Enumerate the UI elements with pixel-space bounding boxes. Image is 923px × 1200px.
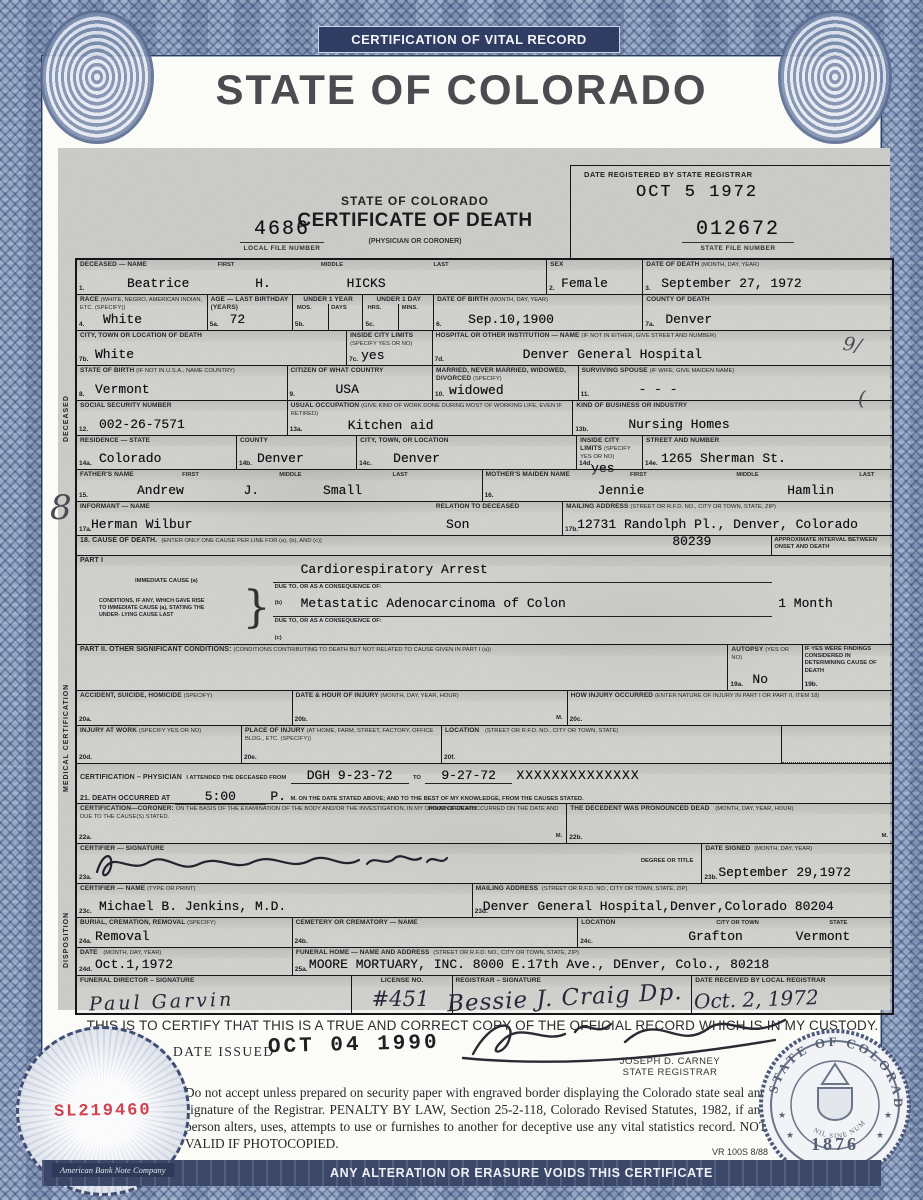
field-value: Herman Wilbur [77,517,392,535]
item-number: 17a. [79,526,92,533]
brace-glyph: } [243,582,271,633]
field-under-one-day: UNDER 1 DAY HRS. MINS. 5c. [363,295,434,330]
field-certifier-signature: CERTIFIER — SIGNATURE 23a. DEGREE OR TIT… [77,844,702,883]
field-label: ACCIDENT, SUICIDE, HOMICIDE (SPECIFY) [77,691,292,700]
sub-label-last: LAST [393,472,408,478]
date-issued-stamp: OCT 04 1990 [268,1032,440,1059]
location-state-value: Vermont [796,929,851,944]
item-number: 11. [581,391,590,398]
field-ssn: SOCIAL SECURITY NUMBER 12. 002-26-7571 [77,401,288,435]
item-number: 4. [79,321,84,328]
field-value: Female [547,276,642,294]
field-label: UNDER 1 YEAR [293,295,363,304]
item-number: 2. [549,285,554,292]
field-value: widowed [433,383,578,401]
death-certificate-form: DECEASED — NAME FIRST MIDDLE LAST 1. Bea… [75,258,894,1015]
item-number: 25a. [295,966,308,973]
state-registrar-signature-scribble [455,1010,805,1068]
death-occurred-line: 21. DEATH OCCURRED AT 5:00 P. M. ON THE … [77,784,892,805]
field-informant-name: INFORMANT — NAME 17a. Herman Wilbur [77,502,392,535]
field-label: FUNERAL HOME — NAME AND ADDRESS (STREET … [293,948,892,957]
state-file-number: 012672 STATE FILE NUMBER [682,218,794,252]
field-value: yes [347,348,432,366]
zip-overflow-value: 80239 [672,534,711,549]
field-value: MOORE MORTUARY, INC. 8000 E.17th Ave., D… [293,957,892,975]
field-label: CERTIFICATION – PHYSICIAN [80,774,182,781]
field-disposition-type: BURIAL, CREMATION, REMOVAL (SPECIFY) 24a… [77,918,293,947]
field-label: THE DECEDENT WAS PRONOUNCED DEAD (MONTH,… [567,804,892,813]
state-file-value: 012672 [682,218,794,243]
certifier-signature-scribble [91,846,451,882]
field-label: KIND OF BUSINESS OR INDUSTRY [573,401,892,410]
interval-header: APPROXIMATE INTERVAL BETWEEN ONSET AND D… [772,536,892,555]
item-number: 16. [485,492,494,499]
row-physician-certification: CERTIFICATION – PHYSICIAN I ATTENDED THE… [77,764,892,804]
field-label: FUNERAL DIRECTOR – SIGNATURE [77,976,351,985]
field-business-industry: KIND OF BUSINESS OR INDUSTRY 13b. Nursin… [573,401,892,435]
local-file-label: LOCAL FILE NUMBER [240,245,324,252]
field-occupation: USUAL OCCUPATION (GIVE KIND OF WORK DONE… [288,401,574,435]
field-funeral-director-signature: FUNERAL DIRECTOR – SIGNATURE Paul Garvin [77,976,352,1013]
field-marital-status: MARRIED, NEVER MARRIED, WIDOWED, DIVORCE… [433,366,579,400]
row-birth-citizen-marital: STATE OF BIRTH (IF NOT IN U.S.A., NAME C… [77,366,892,401]
divider [328,304,329,330]
row-part1-causes: PART I IMMEDIATE CAUSE (a) CONDITIONS, I… [77,556,892,645]
field-label: LOCATION (STREET OR R.F.D. NO., CITY OR … [442,726,781,735]
item-number: 1. [79,285,84,292]
field-value: 12731 Randolph Pl., Denver, Colorado [563,517,892,535]
field-label: DATE OF BIRTH (MONTH, DAY, YEAR) [434,295,642,304]
field-label: MARRIED, NEVER MARRIED, WIDOWED, DIVORCE… [433,366,578,383]
field-residence-county: COUNTY 14b. Denver [237,436,357,469]
field-label: RESIDENCE — STATE [77,436,236,445]
attended-text: I ATTENDED THE DECEASED FROM [186,775,286,781]
middle-name-value: H. [255,276,271,291]
field-hospital: HOSPITAL OR OTHER INSTITUTION — NAME (IF… [433,331,892,365]
field-value: Removal [77,929,292,947]
field-label: INSIDE CITY LIMITS (SPECIFY YES OR NO) [347,331,432,348]
field-value: Sep.10,1900 [434,312,642,330]
field-value: September 27, 1972 [643,276,892,294]
row-race-age-birth: RACE (WHITE, NEGRO, AMERICAN INDIAN, ETC… [77,295,892,331]
local-file-value: 4686 [240,218,324,243]
field-value: White [77,347,346,365]
item-number: 20e. [244,754,257,761]
registrar-title: STATE REGISTRAR [600,1067,740,1078]
field-certifier-name: CERTIFIER — NAME (TYPE OR PRINT) 23c. Mi… [77,884,473,917]
item-number: 5c. [365,321,374,328]
field-label: LICENSE NO. [352,976,452,985]
field-accident-suicide-homicide: ACCIDENT, SUICIDE, HOMICIDE (SPECIFY) 20… [77,691,293,725]
first-name-value: Beatrice [127,276,189,291]
item-number: 7a. [645,321,654,328]
item-number: 13a. [290,426,303,433]
divider [398,304,399,330]
field-label: AUTOPSY (YES OR NO) [728,645,801,662]
local-file-number: 4686 LOCAL FILE NUMBER [240,218,324,252]
row-accident: ACCIDENT, SUICIDE, HOMICIDE (SPECIFY) 20… [77,691,892,726]
item-number: 24b. [295,938,308,945]
item-number: 20a. [79,716,92,723]
item-number: 14a. [79,460,92,467]
mother-last-value: Hamlin [787,483,834,498]
field-value: Oct.1,1972 [77,957,292,975]
cause-a-value: Cardiorespiratory Arrest [301,562,488,577]
field-value: 72 [208,312,292,330]
field-how-injury-occurred: HOW INJURY OCCURRED (ENTER NATURE OF INJ… [568,691,892,725]
field-physician-certification: CERTIFICATION – PHYSICIAN I ATTENDED THE… [77,764,892,803]
sub-label-first: FIRST [182,472,199,478]
field-autopsy-findings: IF YES WERE FINDINGS CONSIDERED IN DETER… [803,645,892,690]
field-residence-city: CITY, TOWN, OR LOCATION 14c. Denver [357,436,577,469]
field-state-of-birth: STATE OF BIRTH (IF NOT IN U.S.A., NAME C… [77,366,288,400]
field-residence-limits: INSIDE CITY LIMITS (SPECIFY YES OR NO) 1… [577,436,643,469]
field-value: Colorado [77,451,236,469]
row-signatures: FUNERAL DIRECTOR – SIGNATURE Paul Garvin… [77,976,892,1013]
item-number: 15. [79,492,88,499]
field-autopsy: AUTOPSY (YES OR NO) 19a. No [728,645,802,690]
item-number: 20f. [444,754,455,761]
field-disposition-location: LOCATION CITY OR TOWN STATE 24c. Grafton… [578,918,892,947]
item-number: 19a. [730,681,743,688]
field-label: INFORMANT — NAME [77,502,392,511]
field-label: DATE & HOUR OF INJURY (MONTH, DAY, YEAR,… [293,691,567,700]
cause-of-death-header: 18. CAUSE OF DEATH. (ENTER ONLY ONE CAUS… [77,536,772,555]
item-number: 23d. [475,908,488,915]
attended-line: CERTIFICATION – PHYSICIAN I ATTENDED THE… [77,764,892,784]
license-number-value: #451 [372,987,452,1011]
row-cause-header: 18. CAUSE OF DEATH. (ENTER ONLY ONE CAUS… [77,536,892,556]
item-number: 6. [436,321,441,328]
field-label: COUNTY [237,436,356,445]
field-label: DATE SIGNED (MONTH, DAY, YEAR) [702,844,892,853]
hour-of-death-value: 5:00 [175,789,266,805]
corner-medallion-icon [778,10,892,144]
stray-mark: ( [858,386,866,410]
page-title: STATE OF COLORADO [42,66,881,114]
row-coroner-certification: CERTIFICATION—CORONER: ON THE BASIS OF T… [77,804,892,844]
field-label: CITY, TOWN, OR LOCATION [357,436,576,445]
row-informant: INFORMANT — NAME 17a. Herman Wilbur RELA… [77,502,892,536]
field-relation-to-deceased: RELATION TO DECEASED Son [392,502,563,535]
field-injury-at-work: INJURY AT WORK (SPECIFY YES OR NO) 20d. [77,726,242,763]
field-father-name: FATHER'S NAME FIRST MIDDLE LAST 15. Andr… [77,470,483,501]
sub-label-months: MOS. [297,305,312,312]
pm-typed: P. [270,789,286,804]
meridiem-label: M. [556,833,562,840]
sub-label-middle: MIDDLE [279,472,301,478]
field-label: INSIDE CITY LIMITS (SPECIFY YES OR NO) [577,436,642,461]
field-license-number: LICENSE NO. #451 [352,976,453,1013]
degree-title-label: DEGREE OR TITLE [641,858,694,865]
father-first-value: Andrew [137,483,184,498]
cause-b-letter: (b) [275,600,282,607]
item-number: 7c. [349,356,358,363]
meridiem-label: M. [556,715,562,722]
field-residence-state: RESIDENCE — STATE 14a. Colorado [77,436,237,469]
item-number: 5a. [210,321,219,328]
field-surviving-spouse: SURVIVING SPOUSE (IF WIFE, GIVE MAIDEN N… [579,366,892,400]
field-sex: SEX 2. Female [547,260,643,294]
sub-label-city: CITY OR TOWN [716,920,759,926]
field-label: STATE OF BIRTH (IF NOT IN U.S.A., NAME C… [77,366,287,375]
field-race: RACE (WHITE, NEGRO, AMERICAN INDIAN, ETC… [77,295,208,330]
bank-note-company-label: American Bank Note Company [52,1163,174,1177]
field-certifier-address: MAILING ADDRESS (STREET OR R.F.D. NO., C… [473,884,892,917]
field-value: Michael B. Jenkins, M.D. [77,899,472,917]
field-label: CITY, TOWN OR LOCATION OF DEATH [77,331,346,340]
field-date-signed: DATE SIGNED (MONTH, DAY, YEAR) 23b. Sept… [702,844,892,883]
item-number: 14b. [239,460,252,467]
field-value: Kitchen aid [288,418,573,436]
field-label: SEX [547,260,642,269]
field-label: APPROXIMATE INTERVAL BETWEEN ONSET AND D… [772,536,892,552]
field-funeral-home: FUNERAL HOME — NAME AND ADDRESS (STREET … [293,948,892,975]
field-value: Grafton Vermont [578,929,892,947]
field-value: Denver General Hospital,Denver,Colorado … [473,899,892,917]
field-label: CERTIFICATION—CORONER: ON THE BASIS OF T… [77,804,566,821]
item-number: 3. [645,285,650,292]
field-other-conditions: PART II. OTHER SIGNIFICANT CONDITIONS: (… [77,645,728,690]
sub-label-middle: MIDDLE [321,262,343,268]
sub-label-days: DAYS [331,305,347,312]
field-label: AGE — LAST BIRTHDAY (YEARS) [208,295,292,312]
field-label: BURIAL, CREMATION, REMOVAL (SPECIFY) [77,918,292,927]
field-value: White [77,312,207,330]
father-middle-value: J. [244,483,260,498]
location-city-value: Grafton [688,929,743,944]
field-registrar-signature: REGISTRAR – SIGNATURE Bessie J. Craig Dp… [453,976,693,1013]
row-deceased: DECEASED — NAME FIRST MIDDLE LAST 1. Bea… [77,260,892,295]
field-label: CITIZEN OF WHAT COUNTRY [288,366,433,375]
item-number: 14c. [359,460,372,467]
field-label: HOW INJURY OCCURRED (ENTER NATURE OF INJ… [568,691,892,700]
last-name-value: HICKS [347,276,386,291]
field-label: USUAL OCCUPATION (GIVE KIND OF WORK DONE… [288,401,573,418]
part1-label-gutter: PART I IMMEDIATE CAUSE (a) CONDITIONS, I… [77,556,273,644]
item-number: 14e. [645,460,658,467]
field-value: Jennie Hamlin [483,483,892,501]
field-label: COUNTY OF DEATH [643,295,892,304]
field-value: - - - [579,382,892,400]
item-number: 22b. [569,834,582,841]
field-value: Denver General Hospital [433,347,892,365]
field-county-of-death: COUNTY OF DEATH 7a. Denver [643,295,892,330]
side-label-disposition: DISPOSITION [63,912,70,968]
top-ribbon: CERTIFICATION OF VITAL RECORD [318,26,620,53]
date-registered-label: DATE REGISTERED BY STATE REGISTRAR [584,170,752,179]
field-label: PART II. OTHER SIGNIFICANT CONDITIONS: (… [77,645,727,654]
cause-b-value: Metastatic Adenocarcinoma of Colon [301,596,566,611]
cause-c-letter: (c) [275,635,282,642]
field-value: Vermont [77,382,287,400]
interval-values: 1 Month [772,556,892,644]
svg-text:★: ★ [786,1130,794,1140]
field-label: CERTIFIER — NAME (TYPE OR PRINT) [77,884,472,893]
item-number: 24d. [79,966,92,973]
part1-label: PART I [77,556,273,565]
field-value: 002-26-7571 [77,417,287,435]
strikeout-value: XXXXXXXXXXXXXX [516,768,639,783]
field-informant-address: MAILING ADDRESS (STREET OR R.F.D. NO., C… [563,502,892,535]
row-ssn-occupation: SOCIAL SECURITY NUMBER 12. 002-26-7571 U… [77,401,892,436]
field-label: RELATION TO DECEASED [392,502,562,511]
divider [570,165,890,166]
field-place-of-injury: PLACE OF INJURY (AT HOME, FARM, STREET, … [242,726,442,763]
item-number: 12. [79,426,88,433]
sub-label-middle: MIDDLE [736,472,758,478]
item-number: 7b. [79,356,88,363]
father-last-value: Small [323,483,362,498]
funeral-director-signature-value: Paul Garvin [89,984,351,1015]
field-label: PLACE OF INJURY (AT HOME, FARM, STREET, … [242,726,441,743]
item-number: 24c. [580,938,593,945]
field-value: Denver [643,312,892,330]
item-number: 14d. [579,460,592,467]
field-label: 21. DEATH OCCURRED AT [80,795,170,802]
row-injury-location: INJURY AT WORK (SPECIFY YES OR NO) 20d. … [77,726,892,764]
item-number: 20c. [570,716,583,723]
item-number: 23c. [79,908,92,915]
field-label: STREET AND NUMBER [643,436,892,445]
field-value: Denver [357,451,576,469]
sub-label-state: STATE [829,920,847,926]
item-number: 5b. [295,321,304,328]
hour-of-death-label: HOUR OF DEATH [428,806,476,813]
field-label: DATE OF DEATH (MONTH, DAY, YEAR) [643,260,892,269]
field-label: UNDER 1 DAY [363,295,433,304]
handwritten-margin-mark: 8 [50,488,72,528]
field-label: MAILING ADDRESS (STREET OR R.F.D. NO., C… [473,884,892,893]
field-label: SOCIAL SECURITY NUMBER [77,401,287,410]
row-certifier-signature: CERTIFIER — SIGNATURE 23a. DEGREE OR TIT… [77,844,892,884]
field-under-one-year: UNDER 1 YEAR MOS. DAYS 5b. [293,295,364,330]
serial-number: SL219460 [54,1101,152,1122]
item-number: 19b. [805,681,818,688]
row-part2: PART II. OTHER SIGNIFICANT CONDITIONS: (… [77,645,892,691]
certificate-page: CERTIFICATION OF VITAL RECORD STATE OF C… [0,0,923,1200]
attended-to-value: 9-27-72 [425,768,512,784]
field-value: Andrew J. Small [77,483,482,501]
item-number: 13b. [575,426,588,433]
field-date-of-death: DATE OF DEATH (MONTH, DAY, YEAR) 3. Sept… [643,260,892,294]
field-injury-location: LOCATION (STREET OR R.F.D. NO., CITY OR … [442,726,782,763]
corner-medallion-icon [40,10,154,144]
sub-label-first: FIRST [218,262,235,268]
field-label: SURVIVING SPOUSE (IF WIFE, GIVE MAIDEN N… [579,366,892,375]
field-label: HOSPITAL OR OTHER INSTITUTION — NAME (IF… [433,331,892,340]
field-value: September 29,1972 [702,865,892,883]
statement-text: M. ON THE DATE STATED ABOVE; AND TO THE … [290,796,583,802]
sub-label-hours: HRS. [367,305,381,312]
field-label: 18. CAUSE OF DEATH. (ENTER ONLY ONE CAUS… [77,536,771,545]
field-value: Denver [237,451,356,469]
field-label: INJURY AT WORK (SPECIFY YES OR NO) [77,726,241,735]
sub-label-last: LAST [434,262,449,268]
field-coroner-certification: CERTIFICATION—CORONER: ON THE BASIS OF T… [77,804,567,843]
field-date-hour-of-injury: DATE & HOUR OF INJURY (MONTH, DAY, YEAR,… [293,691,568,725]
sub-label-first: FIRST [630,472,647,478]
divider [570,165,571,258]
item-number: 20d. [79,754,92,761]
side-label-medical-certification: MEDICAL CERTIFICATION [63,684,70,792]
security-disclaimer: Do not accept unless prepared on securit… [185,1084,767,1152]
item-number: 17b. [565,526,578,533]
item-number: 23a. [79,874,92,881]
cause-line-b [273,616,773,617]
svg-text:★: ★ [876,1130,884,1140]
blank-area [782,726,892,763]
due-to-label: DUE TO, OR AS A CONSEQUENCE OF: [275,584,382,591]
field-label: CEMETERY OR CREMATORY — NAME [293,918,578,927]
header-state-line: STATE OF COLORADO [270,194,560,208]
item-number: 20b. [295,716,308,723]
field-value: USA [288,382,433,400]
date-received-value: Oct. 2, 1972 [694,982,892,1013]
field-inside-city-limits: INSIDE CITY LIMITS (SPECIFY YES OR NO) 7… [347,331,433,365]
row-parents: FATHER'S NAME FIRST MIDDLE LAST 15. Andr… [77,470,892,502]
svg-text:★: ★ [884,1110,892,1120]
item-number: 22a. [79,834,92,841]
field-label: MAILING ADDRESS (STREET OR R.F.D. NO., C… [563,502,892,511]
date-registered-value: OCT 5 1972 [636,183,758,202]
svg-text:★: ★ [778,1110,786,1120]
cause-line-a [273,582,773,583]
top-ribbon-text: CERTIFICATION OF VITAL RECORD [351,32,587,47]
immediate-cause-label: IMMEDIATE CAUSE (a) [135,578,198,585]
field-date-of-birth: DATE OF BIRTH (MONTH, DAY, YEAR) 6. Sep.… [434,295,643,330]
seal-year-text: 1876 [811,1134,859,1154]
due-to-label: DUE TO, OR AS A CONSEQUENCE OF: [275,618,382,625]
field-label: IF YES WERE FINDINGS CONSIDERED IN DETER… [803,645,892,676]
sub-label-last: LAST [859,472,874,478]
field-value: Son [392,517,562,535]
date-issued-label: DATE ISSUED [173,1044,275,1060]
field-label: RACE (WHITE, NEGRO, AMERICAN INDIAN, ETC… [77,295,207,312]
attended-from-value: DGH 9-23-72 [291,768,409,784]
to-label: TO [413,775,421,781]
field-label: MOTHER'S MAIDEN NAME [483,470,892,479]
item-number: 23b. [704,874,717,881]
item-number: 7d. [435,356,444,363]
field-mother-maiden-name: MOTHER'S MAIDEN NAME FIRST MIDDLE LAST 1… [483,470,892,501]
field-cemetery-name: CEMETERY OR CREMATORY — NAME 24b. [293,918,579,947]
conditions-note: CONDITIONS, IF ANY, WHICH GAVE RISE TO I… [99,598,209,618]
row-place-of-death: CITY, TOWN OR LOCATION OF DEATH 7b. Whit… [77,331,892,366]
row-residence: RESIDENCE — STATE 14a. Colorado COUNTY 1… [77,436,892,470]
bottom-banner-text: ANY ALTERATION OR ERASURE VOIDS THIS CER… [210,1166,713,1180]
field-citizen-of: CITIZEN OF WHAT COUNTRY 9. USA [288,366,434,400]
field-value: Beatrice H. HICKS [77,276,546,294]
field-value: Nursing Homes [573,417,892,435]
cause-lines: Cardiorespiratory Arrest DUE TO, OR AS A… [273,556,773,644]
field-pronounced-dead: THE DECEDENT WAS PRONOUNCED DEAD (MONTH,… [567,804,892,843]
state-file-label: STATE FILE NUMBER [682,245,794,252]
field-label: DATE (MONTH, DAY, YEAR) [77,948,292,957]
row-funeral-home: DATE (MONTH, DAY, YEAR) 24d. Oct.1,1972 … [77,948,892,976]
row-certifier-name: CERTIFIER — NAME (TYPE OR PRINT) 23c. Mi… [77,884,892,918]
item-number: 9. [290,391,295,398]
mother-first-value: Jennie [598,483,645,498]
side-label-deceased: DECEASED [63,395,70,442]
field-value: 1265 Sherman St. [643,451,892,469]
stray-mark: 9/ [842,333,863,357]
item-number: 10. [435,391,444,398]
interval-b-value: 1 Month [778,596,833,611]
field-label: DECEASED — NAME [77,260,546,269]
field-date-received: DATE RECEIVED BY LOCAL REGISTRAR Oct. 2,… [692,976,892,1013]
field-disposition-date: DATE (MONTH, DAY, YEAR) 24d. Oct.1,1972 [77,948,293,975]
